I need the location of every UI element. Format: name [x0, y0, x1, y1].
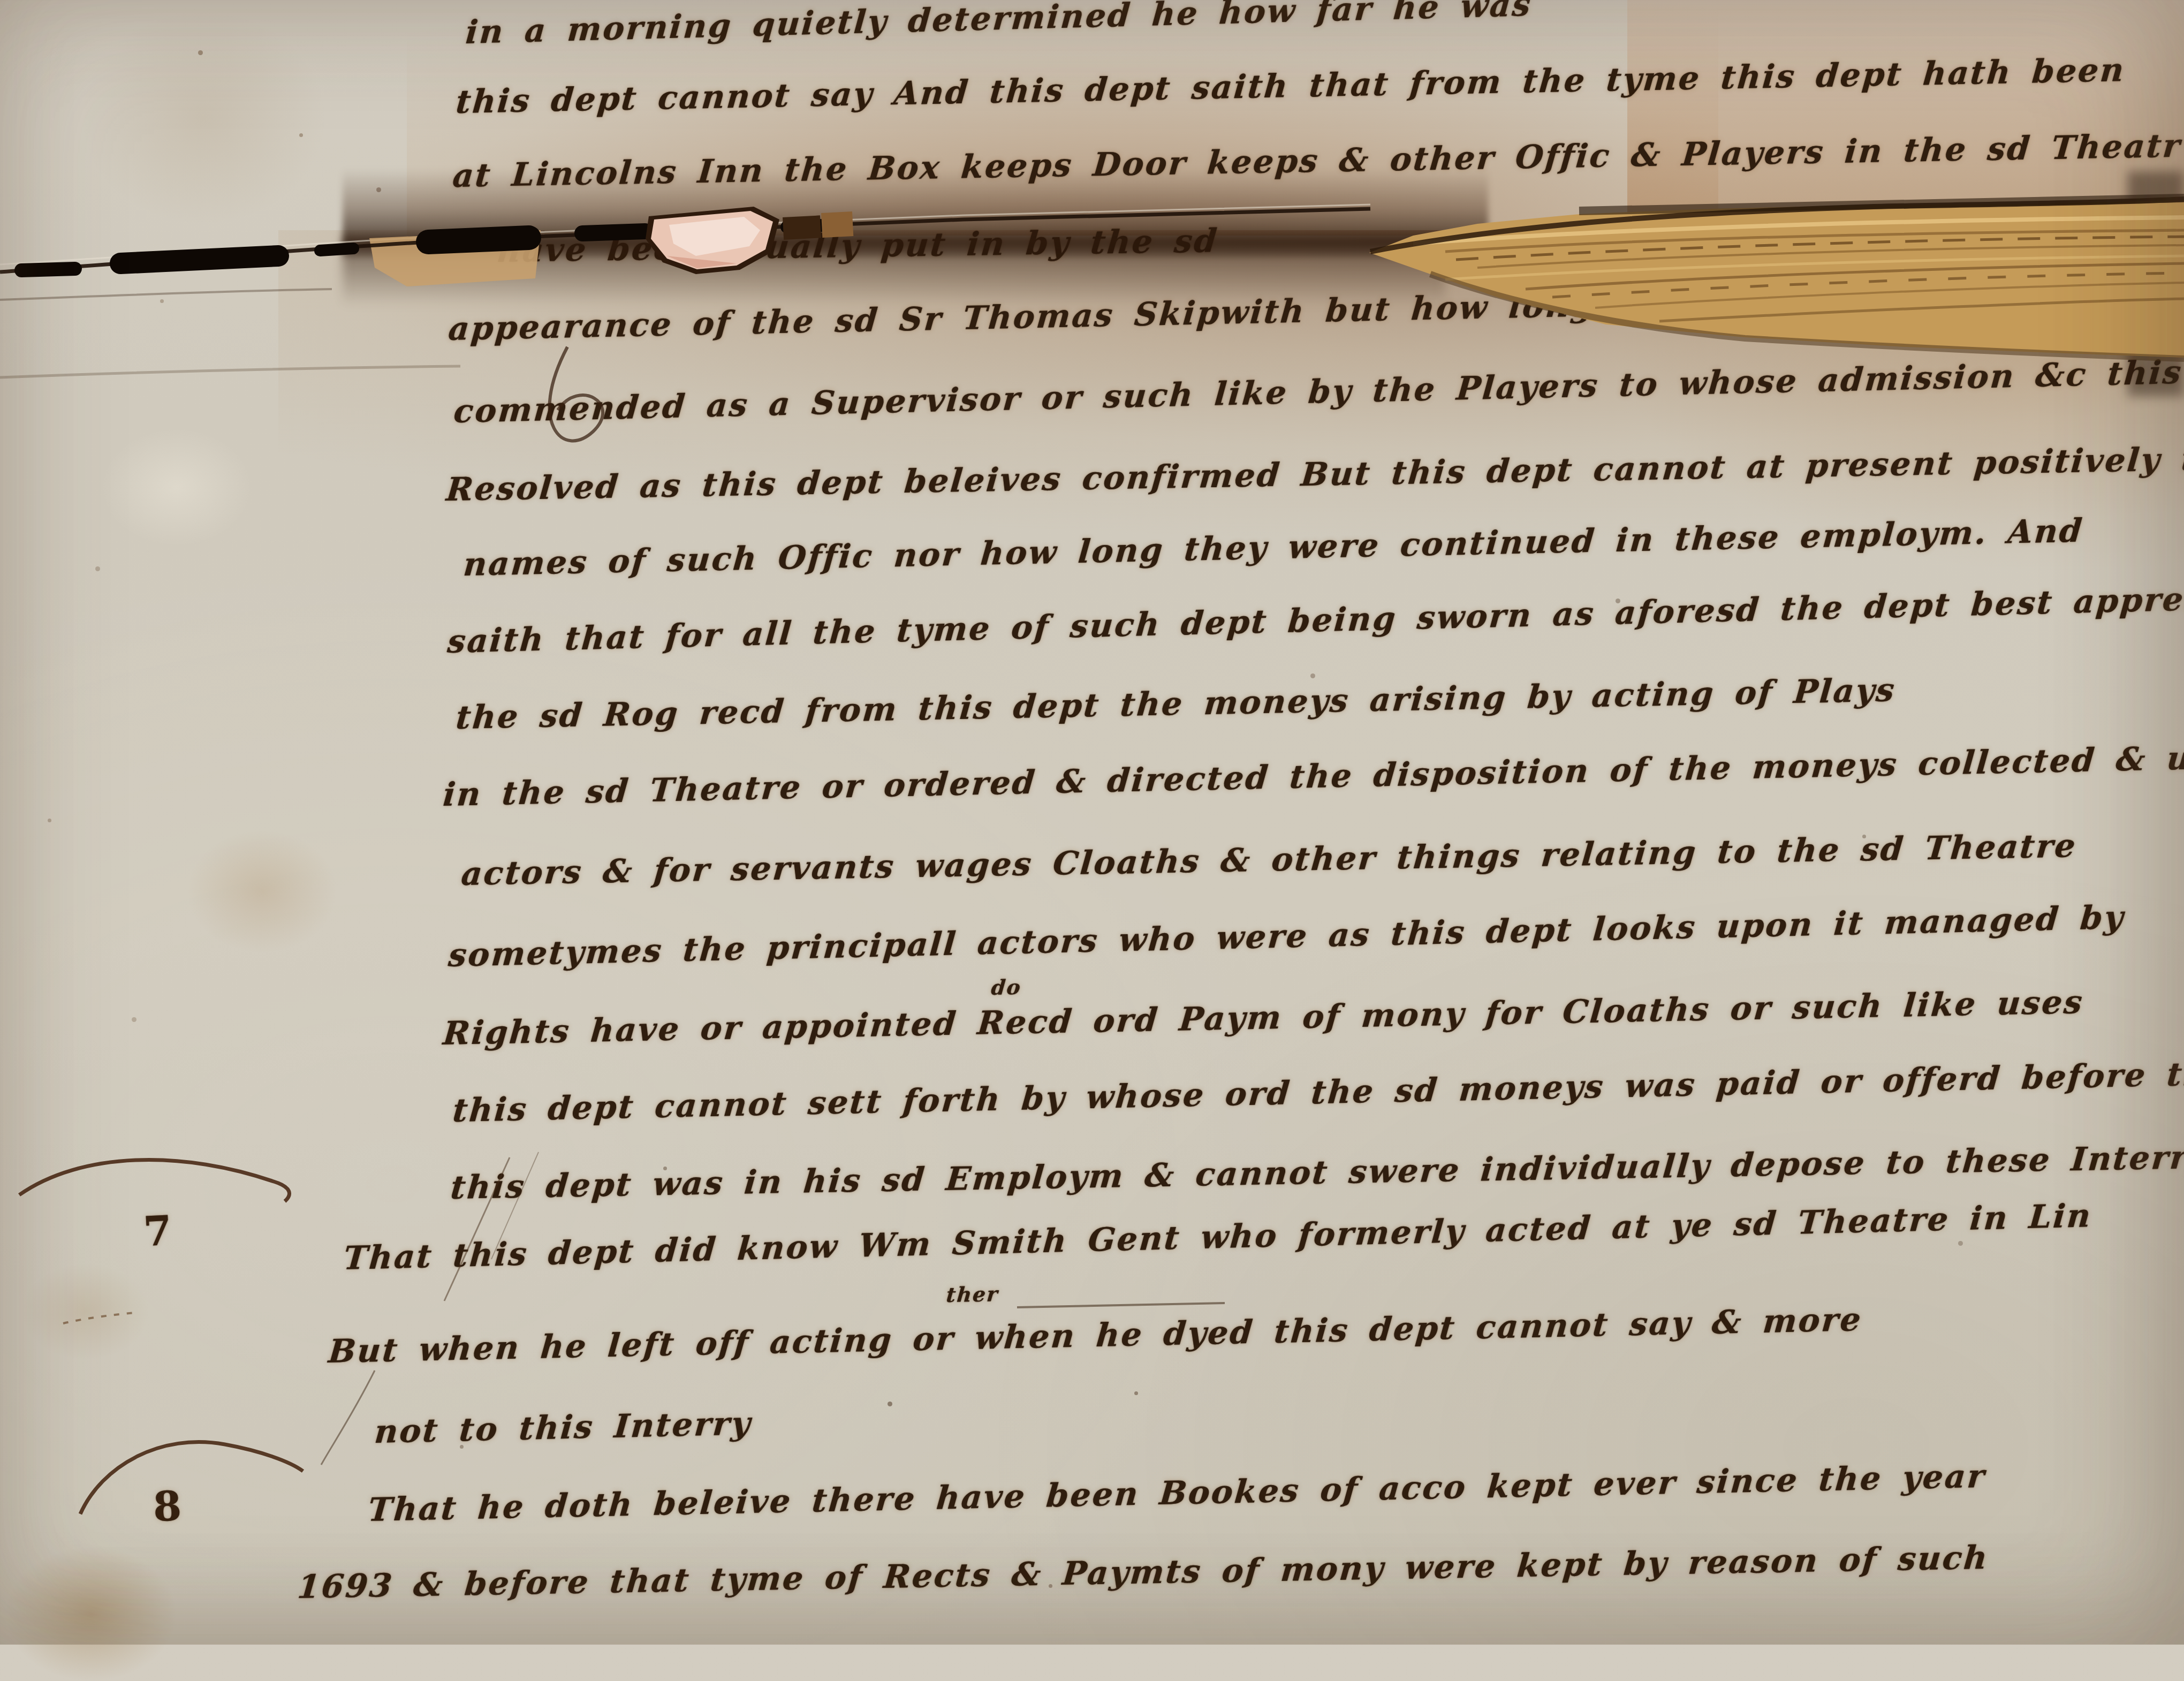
- warm-tone-top-right: [1627, 0, 2184, 230]
- burn-band-above-crack: [343, 169, 1488, 257]
- stain-near-margin-7: [21, 1263, 150, 1360]
- margin-bracket-7: [19, 1160, 290, 1201]
- pale-patch-left: [102, 428, 252, 546]
- manuscript-line: That he doth beleive there have been Boo…: [367, 1459, 1987, 1528]
- paper-specks: [0, 0, 3, 3]
- manuscript-line: 1693 & before that tyme of Rects & Paymt…: [296, 1540, 1990, 1605]
- torn-edge-highlight: [0, 205, 1370, 264]
- manuscript-line: That this dept did know Wm Smith Gent wh…: [342, 1198, 2093, 1276]
- manuscript-line: have been usually put in by the sd: [496, 223, 1220, 269]
- tan-patch-right: [1579, 332, 2184, 653]
- fold-crease: [0, 366, 460, 377]
- stain-bottom-left: [5, 1547, 177, 1645]
- manuscript-line: at Lincolns Inn the Box keeps Door keeps…: [451, 128, 2183, 194]
- manuscript-line: appearance of the sd Sr Thomas Skipwith …: [447, 279, 1986, 347]
- superscript-insertion: do: [990, 976, 1022, 999]
- stain-top-left: [80, 11, 327, 225]
- manuscript-line: in the sd Theatre or ordered & directed …: [442, 738, 2184, 813]
- manuscript-line: commended as a Supervisor or such like b…: [452, 352, 2184, 429]
- manuscript-line: this dept was in his sd Employm & cannot…: [449, 1139, 2184, 1206]
- interlinear-insertion: ther: [945, 1283, 999, 1306]
- manuscript-line: this dept cannot sett forth by whose ord…: [451, 1056, 2184, 1129]
- wood-batten: [1369, 198, 2184, 359]
- insertion-caret-line: [1017, 1303, 1225, 1307]
- manuscript-line: But when he left off acting or when he d…: [327, 1302, 1863, 1369]
- burn-band-below-crack: [343, 237, 1445, 306]
- manuscript-line: not to this Interry: [373, 1406, 753, 1450]
- manuscript-line: names of such Offic nor how long they we…: [462, 513, 2085, 583]
- stain-mid-left: [187, 830, 337, 953]
- pen-hairline: [491, 1152, 539, 1259]
- pen-flourishes: [0, 0, 2184, 1645]
- manuscript-line: actors & for servants wages Cloaths & ot…: [460, 828, 2079, 892]
- paper-discoloration-layer: [0, 0, 2184, 1645]
- dotted-underline: [63, 1313, 135, 1323]
- tear-slits: [21, 225, 835, 270]
- scorch-layer: [0, 0, 2184, 1645]
- torn-underpaper: [369, 230, 541, 286]
- descender-loop: [550, 347, 603, 441]
- manuscript-line: sometymes the principall actors who were…: [447, 900, 2126, 973]
- dark-right-edge: [2128, 171, 2184, 396]
- margin-number-7: 7: [142, 1210, 173, 1253]
- foil-fragment: [646, 207, 853, 274]
- manuscript-line: the sd Rog recd from this dept the money…: [454, 672, 1897, 736]
- handwriting-layer: in a morning quietly determined he how f…: [0, 0, 2184, 1645]
- manuscript-line: Resolved as this dept beleives confirmed…: [445, 441, 2184, 508]
- manuscript-line: saith that for all the tyme of such dept…: [446, 579, 2184, 660]
- manuscript-page-photo: in a morning quietly determined he how f…: [0, 0, 2184, 1645]
- manuscript-line: this dept cannot say And this dept saith…: [454, 52, 2127, 120]
- tear-crack: [0, 209, 1370, 272]
- margin-bracket-8: [80, 1442, 303, 1514]
- manuscript-line: in a morning quietly determined he how f…: [464, 0, 1533, 50]
- pen-hairline: [321, 1370, 375, 1465]
- manuscript-line: Rights have or appointed Recd ord Paym o…: [442, 985, 2085, 1051]
- margin-number-8: 8: [153, 1486, 183, 1527]
- pen-hairline: [444, 1157, 510, 1301]
- scorch-glow-above-tear: [407, 0, 1718, 236]
- crease-line: [0, 289, 332, 300]
- damage-layer: [0, 0, 2184, 1645]
- scorch-glow-below-tear: [278, 230, 2184, 541]
